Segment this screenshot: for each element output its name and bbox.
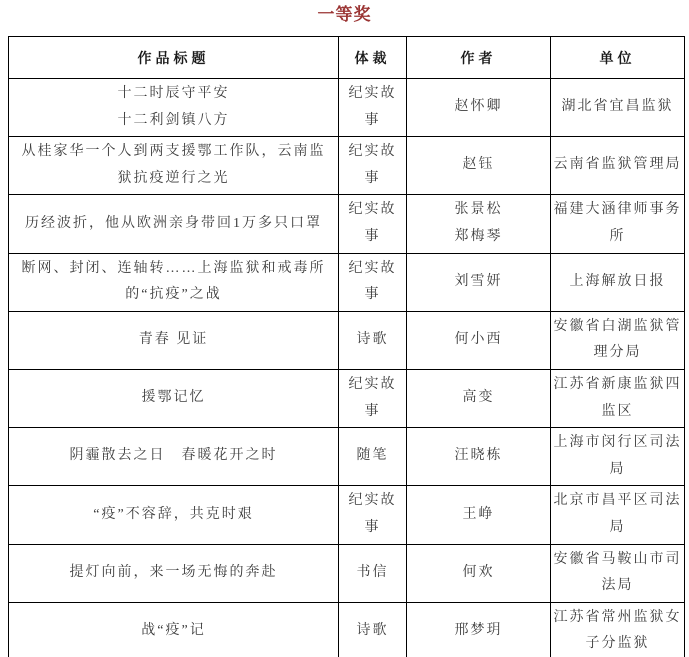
cell-genre: 纪实故事 [339, 137, 407, 195]
cell-genre: 随笔 [339, 428, 407, 486]
cell-genre: 书信 [339, 544, 407, 602]
cell-author: 汪晓栋 [407, 428, 551, 486]
cell-org: 江苏省新康监狱四监区 [551, 369, 685, 427]
cell-author: 赵钰 [407, 137, 551, 195]
cell-org: 云南省监狱管理局 [551, 137, 685, 195]
cell-author: 赵怀卿 [407, 79, 551, 137]
cell-genre: 纪实故事 [339, 253, 407, 311]
header-cell-author: 作者 [407, 37, 551, 79]
table-row: 十二时辰守平安 十二利剑镇八方 纪实故事 赵怀卿 湖北省宜昌监狱 [9, 79, 685, 137]
cell-title: 从桂家华一个人到两支援鄂工作队，云南监狱抗疫逆行之光 [9, 137, 339, 195]
cell-genre: 纪实故事 [339, 369, 407, 427]
cell-author: 刘雪妍 [407, 253, 551, 311]
cell-title: 援鄂记忆 [9, 369, 339, 427]
table-row: 提灯向前，来一场无悔的奔赴 书信 何欢 安徽省马鞍山市司法局 [9, 544, 685, 602]
table-row: 断网、封闭、连轴转……上海监狱和戒毒所的“抗疫”之战 纪实故事 刘雪妍 上海解放… [9, 253, 685, 311]
cell-title: “疫”不容辞，共克时艰 [9, 486, 339, 544]
cell-genre: 纪实故事 [339, 486, 407, 544]
cell-author: 邢梦玥 [407, 602, 551, 657]
cell-author: 何欢 [407, 544, 551, 602]
header-cell-genre: 体裁 [339, 37, 407, 79]
cell-title: 阴霾散去之日 春暖花开之时 [9, 428, 339, 486]
header-row: 作品标题 体裁 作者 单位 [9, 37, 685, 79]
header-cell-title: 作品标题 [9, 37, 339, 79]
page-title: 一等奖 [0, 3, 689, 27]
cell-org: 江苏省常州监狱女子分监狱 [551, 602, 685, 657]
cell-title: 历经波折，他从欧洲亲身带回1万多只口罩 [9, 195, 339, 253]
cell-genre: 纪实故事 [339, 79, 407, 137]
cell-author: 高变 [407, 369, 551, 427]
table-row: 战“疫”记 诗歌 邢梦玥 江苏省常州监狱女子分监狱 [9, 602, 685, 657]
cell-genre: 纪实故事 [339, 195, 407, 253]
cell-org: 上海解放日报 [551, 253, 685, 311]
cell-org: 安徽省白湖监狱管理分局 [551, 311, 685, 369]
table-row: 青春 见证 诗歌 何小西 安徽省白湖监狱管理分局 [9, 311, 685, 369]
cell-title: 战“疫”记 [9, 602, 339, 657]
header-cell-org: 单位 [551, 37, 685, 79]
cell-org: 上海市闵行区司法局 [551, 428, 685, 486]
table-row: 从桂家华一个人到两支援鄂工作队，云南监狱抗疫逆行之光 纪实故事 赵钰 云南省监狱… [9, 137, 685, 195]
table-row: 阴霾散去之日 春暖花开之时 随笔 汪晓栋 上海市闵行区司法局 [9, 428, 685, 486]
cell-org: 北京市昌平区司法局 [551, 486, 685, 544]
cell-title: 断网、封闭、连轴转……上海监狱和戒毒所的“抗疫”之战 [9, 253, 339, 311]
cell-org: 湖北省宜昌监狱 [551, 79, 685, 137]
cell-org: 安徽省马鞍山市司法局 [551, 544, 685, 602]
cell-genre: 诗歌 [339, 602, 407, 657]
cell-author: 何小西 [407, 311, 551, 369]
cell-org: 福建大涵律师事务所 [551, 195, 685, 253]
cell-title: 提灯向前，来一场无悔的奔赴 [9, 544, 339, 602]
page: 一等奖 作品标题 体裁 作者 单位 十二时辰守平安 十二利剑镇八方 纪实故事 赵… [0, 0, 689, 657]
cell-genre: 诗歌 [339, 311, 407, 369]
table-row: 援鄂记忆 纪实故事 高变 江苏省新康监狱四监区 [9, 369, 685, 427]
cell-author: 张景松 郑梅琴 [407, 195, 551, 253]
table-row: 历经波折，他从欧洲亲身带回1万多只口罩 纪实故事 张景松 郑梅琴 福建大涵律师事… [9, 195, 685, 253]
cell-title: 青春 见证 [9, 311, 339, 369]
cell-author: 王峥 [407, 486, 551, 544]
awards-table: 作品标题 体裁 作者 单位 十二时辰守平安 十二利剑镇八方 纪实故事 赵怀卿 湖… [8, 36, 685, 657]
table-row: “疫”不容辞，共克时艰 纪实故事 王峥 北京市昌平区司法局 [9, 486, 685, 544]
cell-title: 十二时辰守平安 十二利剑镇八方 [9, 79, 339, 137]
